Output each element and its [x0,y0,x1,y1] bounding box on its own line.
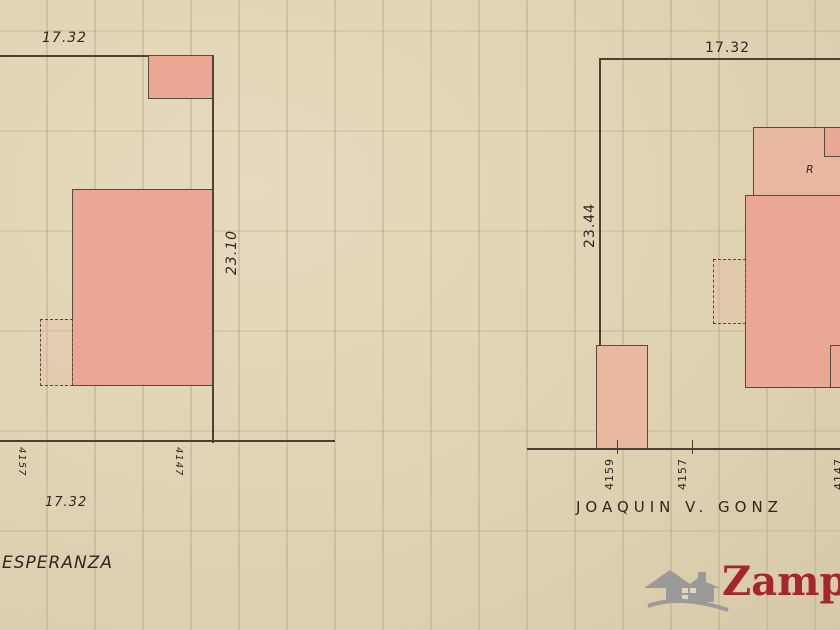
right-house-number-2: 4157 [676,458,689,490]
room-label-r: R [806,163,815,176]
tick-mark-1 [617,440,618,454]
right-rear-closet [824,127,840,157]
left-street-line [0,440,335,442]
left-main-building [72,189,213,386]
left-house-number-2: 4147 [173,447,184,476]
left-shed-building [148,55,213,99]
right-top-width: 17.32 [705,40,750,56]
watermark-logo: Zamp [640,558,840,618]
right-street-name: JOAQUIN V. GONZ [576,498,783,516]
house-icon [640,558,730,618]
right-front-room [830,345,840,388]
right-main-building [745,195,840,388]
left-bottom-width: 17.32 [45,495,87,510]
right-dashed-annex [713,259,746,324]
left-street-name: ESPERANZA [2,553,113,573]
right-front-building [596,345,648,450]
right-house-number-1: 4159 [603,458,616,490]
right-house-number-3: 4147 [832,458,840,490]
left-side-length: 23.10 [224,230,240,275]
right-top-boundary [600,58,840,60]
tick-mark-2 [692,440,693,454]
left-dashed-annex [40,319,73,386]
brand-name: Zamp [722,558,840,605]
right-side-length: 23.44 [582,203,598,248]
right-street-line [527,448,840,450]
left-house-number-1: 4157 [16,447,27,476]
left-top-width: 17.32 [42,30,87,46]
